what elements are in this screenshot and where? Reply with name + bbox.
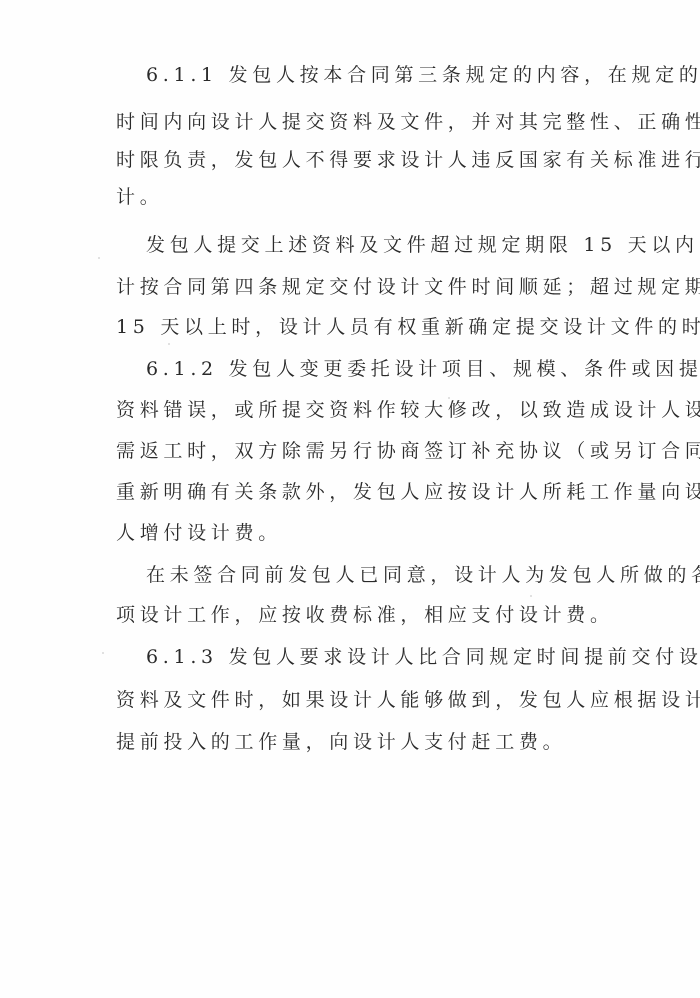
text-line: 资料错误，或所提交资料作较大修改，以致造成设计人设计 bbox=[116, 395, 596, 425]
text-line: 发包人提交上述资料及文件超过规定期限 15 天以内，设 bbox=[146, 230, 626, 260]
text-line: 重新明确有关条款外，发包人应按设计人所耗工作量向设计 bbox=[116, 477, 596, 507]
text-line: 时间内向设计人提交资料及文件，并对其完整性、正确性及 bbox=[116, 107, 596, 137]
scan-speck bbox=[530, 595, 532, 597]
text-line: 6.1.1 发包人按本合同第三条规定的内容，在规定的 bbox=[146, 60, 626, 90]
text-line: 计按合同第四条规定交付设计文件时间顺延；超过规定期限 bbox=[116, 272, 596, 302]
text-line: 在未签合同前发包人已同意，设计人为发包人所做的各 bbox=[146, 560, 626, 590]
document-page: 6.1.1 发包人按本合同第三条规定的内容，在规定的 时间内向设计人提交资料及文… bbox=[0, 0, 700, 998]
text-line: 需返工时，双方除需另行协商签订补充协议（或另订合同）、 bbox=[116, 436, 596, 466]
scan-speck bbox=[448, 397, 450, 399]
text-line: 人增付设计费。 bbox=[116, 518, 596, 548]
text-line: 计。 bbox=[116, 182, 596, 212]
scan-speck bbox=[98, 257, 100, 259]
text-line: 6.1.3 发包人要求设计人比合同规定时间提前交付设计 bbox=[146, 642, 626, 672]
text-line: 资料及文件时，如果设计人能够做到，发包人应根据设计人 bbox=[116, 685, 596, 715]
text-line: 项设计工作，应按收费标准，相应支付设计费。 bbox=[116, 600, 596, 630]
text-line: 时限负责，发包人不得要求设计人违反国家有关标准进行设 bbox=[116, 145, 596, 175]
scan-speck bbox=[168, 343, 170, 345]
text-line: 6.1.2 发包人变更委托设计项目、规模、条件或因提交的 bbox=[146, 354, 626, 384]
text-line: 15 天以上时，设计人员有权重新确定提交设计文件的时间。 bbox=[116, 312, 596, 342]
text-line: 提前投入的工作量，向设计人支付赶工费。 bbox=[116, 727, 596, 757]
scan-speck bbox=[102, 652, 104, 654]
